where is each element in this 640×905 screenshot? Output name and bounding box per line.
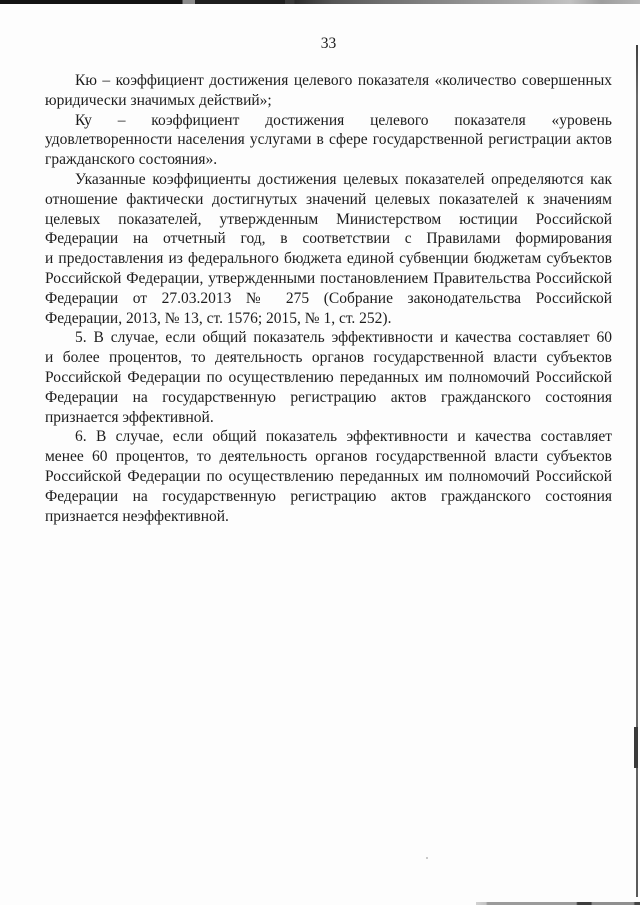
paragraph: Кю – коэффициент достижения целевого пок… [45, 71, 612, 111]
text-line: признается эффективной. [45, 408, 612, 428]
text-line: гражданского состояния». [45, 150, 612, 170]
scan-speck [426, 857, 428, 859]
paragraph: Указанные коэффициенты достижения целевы… [45, 170, 612, 328]
text-line: Российской Федерации по осуществлению пе… [45, 368, 612, 388]
text-line: Федерации от 27.03.2013 № 275 (Собрание … [45, 289, 612, 309]
text-line: Федерации на отчетный год, в соответстви… [45, 229, 612, 249]
text-line: и более процентов, то деятельность орган… [45, 348, 612, 368]
document-page: 33 Кю – коэффициент достижения целевого … [0, 0, 640, 905]
text-line: Российской Федерации, утвержденными пост… [45, 269, 612, 289]
paragraph: 6. В случае, если общий показатель эффек… [45, 427, 612, 526]
text-line: 6. В случае, если общий показатель эффек… [45, 427, 612, 447]
text-line: Российской Федерации по осуществлению пе… [45, 467, 612, 487]
text-line: Федерации на государственную регистрацию… [45, 487, 612, 507]
text-line: отношение фактически достигнутых значени… [45, 190, 612, 210]
text-line: Ку – коэффициент достижения целевого пок… [45, 111, 612, 131]
scan-edge-right-mark [634, 727, 638, 768]
text-line: и предоставления из федерального бюджета… [45, 249, 612, 269]
text-line: Кю – коэффициент достижения целевого пок… [45, 71, 612, 91]
paragraph: 5. В случае, если общий показатель эффек… [45, 328, 612, 427]
scan-edge-right [636, 45, 638, 897]
scan-edge-top [0, 0, 640, 4]
text-line: Указанные коэффициенты достижения целевы… [45, 170, 612, 190]
text-line: целевых показателей, утвержденным Минист… [45, 210, 612, 230]
text-line: менее 60 процентов, то деятельность орга… [45, 447, 612, 467]
text-line: удовлетворенности населения услугами в с… [45, 130, 612, 150]
paragraph: Ку – коэффициент достижения целевого пок… [45, 111, 612, 170]
text-line: признается неэффективной. [45, 507, 612, 527]
text-line: Федерации, 2013, № 13, ст. 1576; 2015, №… [45, 309, 612, 329]
text-line: 5. В случае, если общий показатель эффек… [45, 328, 612, 348]
text-line: Федерации на государственную регистрацию… [45, 388, 612, 408]
text-line: юридически значимых действий»; [45, 91, 612, 111]
page-number: 33 [45, 34, 612, 54]
text-block: Кю – коэффициент достижения целевого пок… [45, 71, 612, 526]
